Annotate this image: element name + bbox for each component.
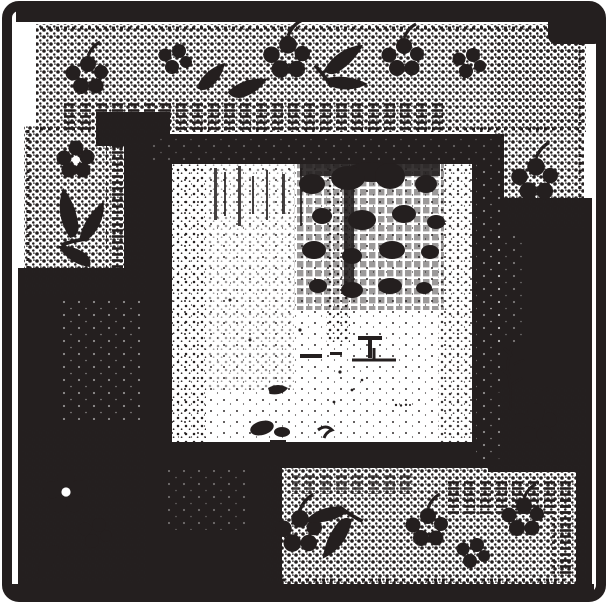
left-lace-strip [24, 126, 148, 296]
panel-border-left [146, 134, 172, 466]
central-panel [146, 134, 504, 468]
ladder-mesh [60, 100, 446, 130]
ladder-mesh [114, 436, 144, 584]
right-lace-panel [494, 30, 584, 228]
bottom-left-lace-patch [22, 428, 146, 588]
bottom-lace-band [262, 464, 586, 586]
halftone-lace-photograph [0, 0, 609, 605]
ladder-mesh [292, 472, 412, 494]
ladder-mesh [106, 140, 148, 296]
lace-mat-image [0, 0, 609, 605]
ladder-mesh [552, 496, 582, 574]
